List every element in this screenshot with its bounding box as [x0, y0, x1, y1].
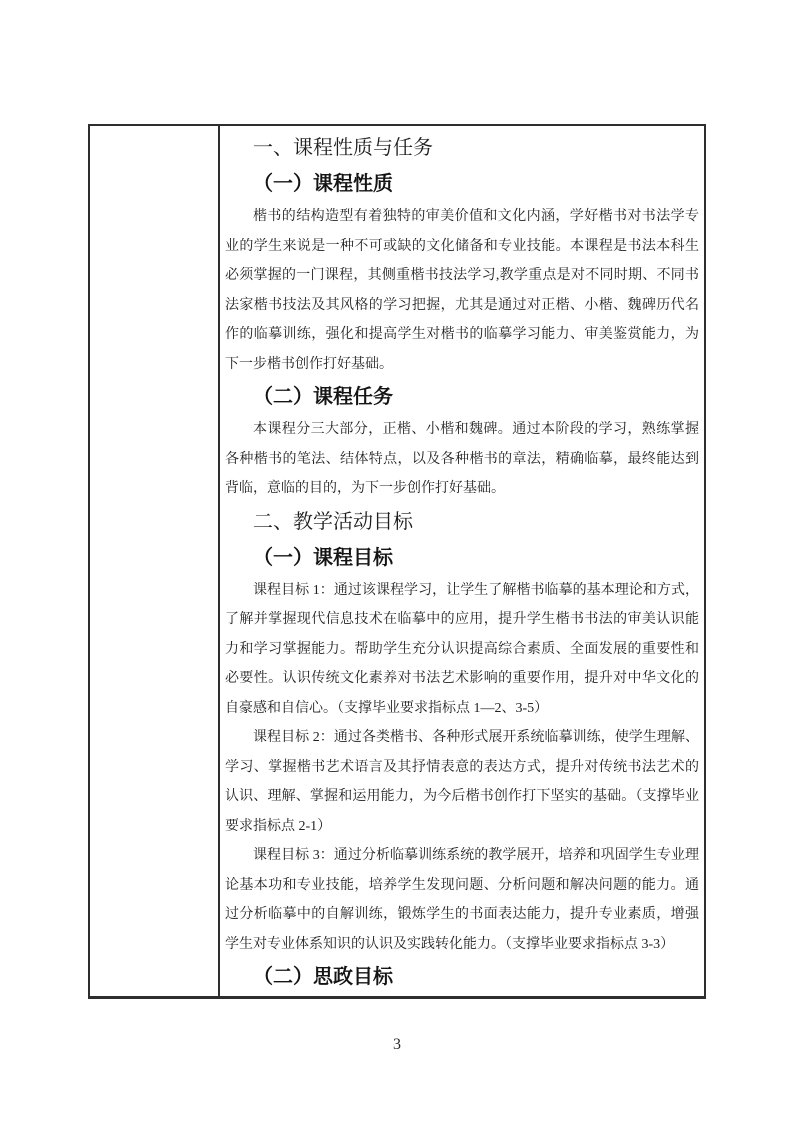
paragraph-course-objective-2: 课程目标 2：通过各类楷书、各种形式展开系统临摹训练，使学生理解、学习、掌握楷书… — [225, 723, 699, 841]
heading-course-tasks: （二）课程任务 — [225, 379, 699, 415]
heading-section-1-course-nature-and-tasks: 一、课程性质与任务 — [225, 130, 699, 166]
paragraph-course-nature: 楷书的结构造型有着独特的审美价值和文化内涵，学好楷书对书法学专业的学生来说是一种… — [225, 202, 699, 379]
table-label-cell-empty — [90, 126, 220, 996]
table-content-cell: 一、课程性质与任务 （一）课程性质 楷书的结构造型有着独特的审美价值和文化内涵，… — [220, 126, 704, 996]
course-syllabus-table: 一、课程性质与任务 （一）课程性质 楷书的结构造型有着独特的审美价值和文化内涵，… — [88, 124, 706, 999]
paragraph-course-objective-1: 课程目标 1：通过该课程学习，让学生了解楷书临摹的基本理论和方式，了解并掌握现代… — [225, 576, 699, 724]
heading-course-objectives: （一）课程目标 — [225, 540, 699, 576]
heading-course-nature: （一）课程性质 — [225, 166, 699, 202]
page-number: 3 — [0, 1036, 794, 1054]
heading-section-2-teaching-activity-objectives: 二、教学活动目标 — [225, 504, 699, 540]
heading-ideological-political-objectives: （二）思政目标 — [225, 959, 699, 995]
paragraph-course-objective-3: 课程目标 3：通过分析临摹训练系统的教学展开，培养和巩固学生专业理论基本功和专业… — [225, 841, 699, 959]
paragraph-course-tasks: 本课程分三大部分，正楷、小楷和魏碑。通过本阶段的学习，熟练掌握各种楷书的笔法、结… — [225, 415, 699, 504]
document-page: 一、课程性质与任务 （一）课程性质 楷书的结构造型有着独特的审美价值和文化内涵，… — [0, 0, 794, 1123]
